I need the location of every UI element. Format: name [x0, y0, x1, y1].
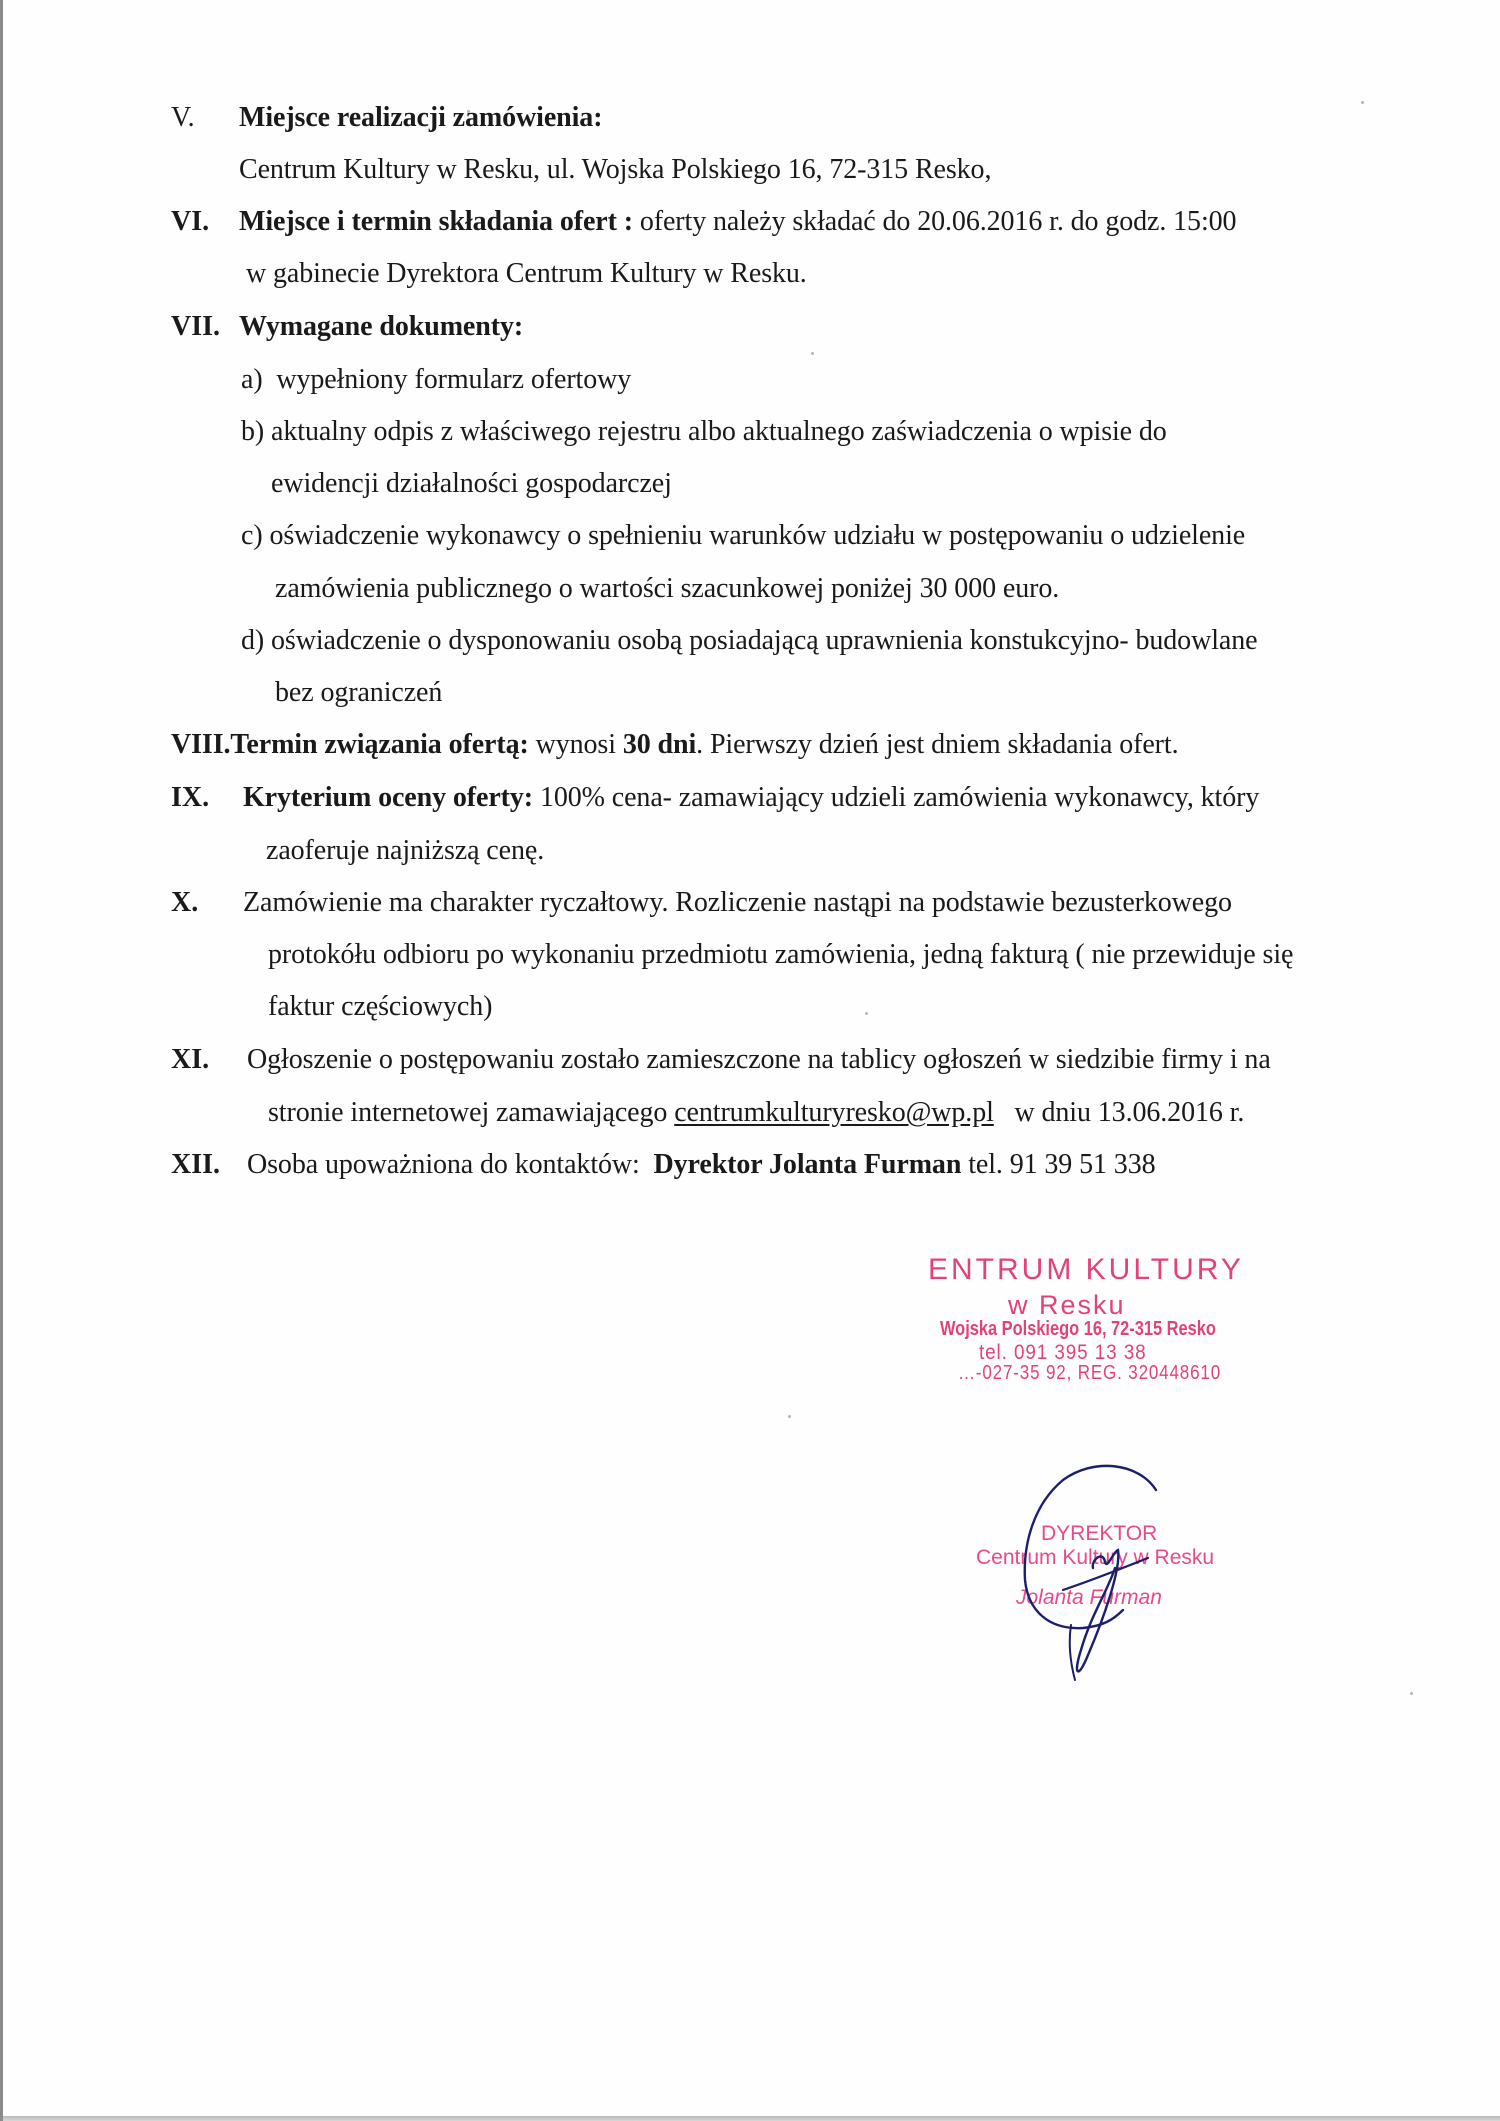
section-heading: Miejsce realizacji zamówienia:	[239, 101, 602, 135]
section-row: VIII.Termin związania ofertą: wynosi 30 …	[171, 728, 1179, 762]
list-label: a)	[241, 364, 263, 395]
stamp-line: Wojska Polskiego 16, 72-315 Resko	[940, 1318, 1216, 1341]
heading-text: Wymagane dokumenty:	[239, 311, 523, 342]
section-heading: Kryterium oceny oferty: 100% cena- zamaw…	[243, 781, 1259, 815]
stamp-line: w Resku	[1008, 1290, 1126, 1321]
section-text: stronie internetowej zamawiającego centr…	[268, 1096, 1244, 1130]
section-text: protokółu odbioru po wykonaniu przedmiot…	[268, 938, 1293, 972]
section-text: . Pierwszy dzień jest dniem składania of…	[696, 729, 1178, 760]
list-item: d) oświadczenie o dysponowaniu osobą pos…	[241, 624, 1257, 658]
section-number: IX.	[171, 781, 209, 815]
heading-text: Miejsce i termin składania ofert :	[239, 206, 633, 237]
list-text: aktualny odpis z właściwego rejestru alb…	[271, 416, 1167, 447]
section-number: VI.	[171, 205, 209, 239]
list-item: b) aktualny odpis z właściwego rejestru …	[241, 415, 1167, 449]
scan-speck	[811, 352, 814, 355]
section-text: wynosi	[536, 729, 616, 760]
list-text: ewidencji działalności gospodarczej	[271, 467, 672, 501]
page-bottom-edge	[3, 2116, 1500, 2121]
section-text: faktur częściowych)	[268, 990, 492, 1024]
list-text: wypełniony formularz ofertowy	[276, 364, 631, 395]
list-text: zamówienia publicznego o wartości szacun…	[275, 572, 1059, 606]
heading-text: Termin związania ofertą:	[230, 729, 528, 760]
section-text: zaoferuje najniższą cenę.	[266, 834, 544, 868]
section-text: Centrum Kultury w Resku, ul. Wojska Pols…	[239, 153, 991, 187]
handwritten-signature-icon	[953, 1450, 1253, 1710]
text-fragment: w dniu 13.06.2016 r.	[1014, 1097, 1244, 1128]
section-heading: Wymagane dokumenty:	[239, 310, 523, 344]
scan-speck	[865, 1012, 868, 1015]
list-text: oświadczenie wykonawcy o spełnieniu waru…	[269, 520, 1245, 551]
section-text: Zamówienie ma charakter ryczałtowy. Rozl…	[243, 886, 1232, 920]
list-text: bez ograniczeń	[275, 676, 442, 710]
section-heading: Miejsce i termin składania ofert : ofert…	[239, 205, 1236, 239]
scanned-page: V. Miejsce realizacji zamówienia: Centru…	[0, 0, 1500, 2121]
scan-speck	[788, 1415, 791, 1418]
list-item: a) wypełniony formularz ofertowy	[241, 363, 631, 397]
scan-speck	[1361, 101, 1364, 104]
section-number: XII.	[171, 1148, 220, 1182]
contact-name: Dyrektor Jolanta Furman	[654, 1149, 962, 1180]
heading-text: Miejsce realizacji zamówienia:	[239, 102, 602, 133]
section-text: Osoba upoważniona do kontaktów: Dyrektor…	[247, 1148, 1156, 1182]
list-text: oświadczenie o dysponowaniu osobą posiad…	[271, 625, 1257, 656]
email-link[interactable]: centrumkulturyresko@wp.pl	[674, 1097, 994, 1128]
bold-value: 30 dni	[623, 729, 696, 760]
heading-text: Kryterium oceny oferty:	[243, 782, 533, 813]
text-fragment: Osoba upoważniona do kontaktów:	[247, 1149, 640, 1180]
section-number: XI.	[171, 1043, 209, 1077]
section-number: X.	[171, 886, 198, 920]
contact-phone: tel. 91 39 51 338	[968, 1149, 1155, 1180]
section-number: V.	[171, 101, 195, 135]
stamp-line: …-027-35 92, REG. 320448610	[958, 1362, 1221, 1385]
stamp-line: ENTRUM KULTURY	[928, 1253, 1244, 1287]
section-text: w gabinecie Dyrektora Centrum Kultury w …	[246, 257, 807, 291]
text-fragment: stronie internetowej zamawiającego	[268, 1097, 667, 1128]
scan-speck	[467, 110, 470, 113]
list-label: b)	[241, 416, 264, 447]
section-number: VIII.	[171, 729, 230, 760]
section-text: 100% cena- zamawiający udzieli zamówieni…	[540, 782, 1259, 813]
section-number: VII.	[171, 310, 220, 344]
list-label: d)	[241, 625, 264, 656]
list-label: c)	[241, 520, 263, 551]
list-item: c) oświadczenie wykonawcy o spełnieniu w…	[241, 519, 1245, 553]
section-text: oferty należy składać do 20.06.2016 r. d…	[640, 206, 1237, 237]
scan-speck	[1410, 1692, 1413, 1695]
section-text: Ogłoszenie o postępowaniu zostało zamies…	[247, 1043, 1271, 1077]
